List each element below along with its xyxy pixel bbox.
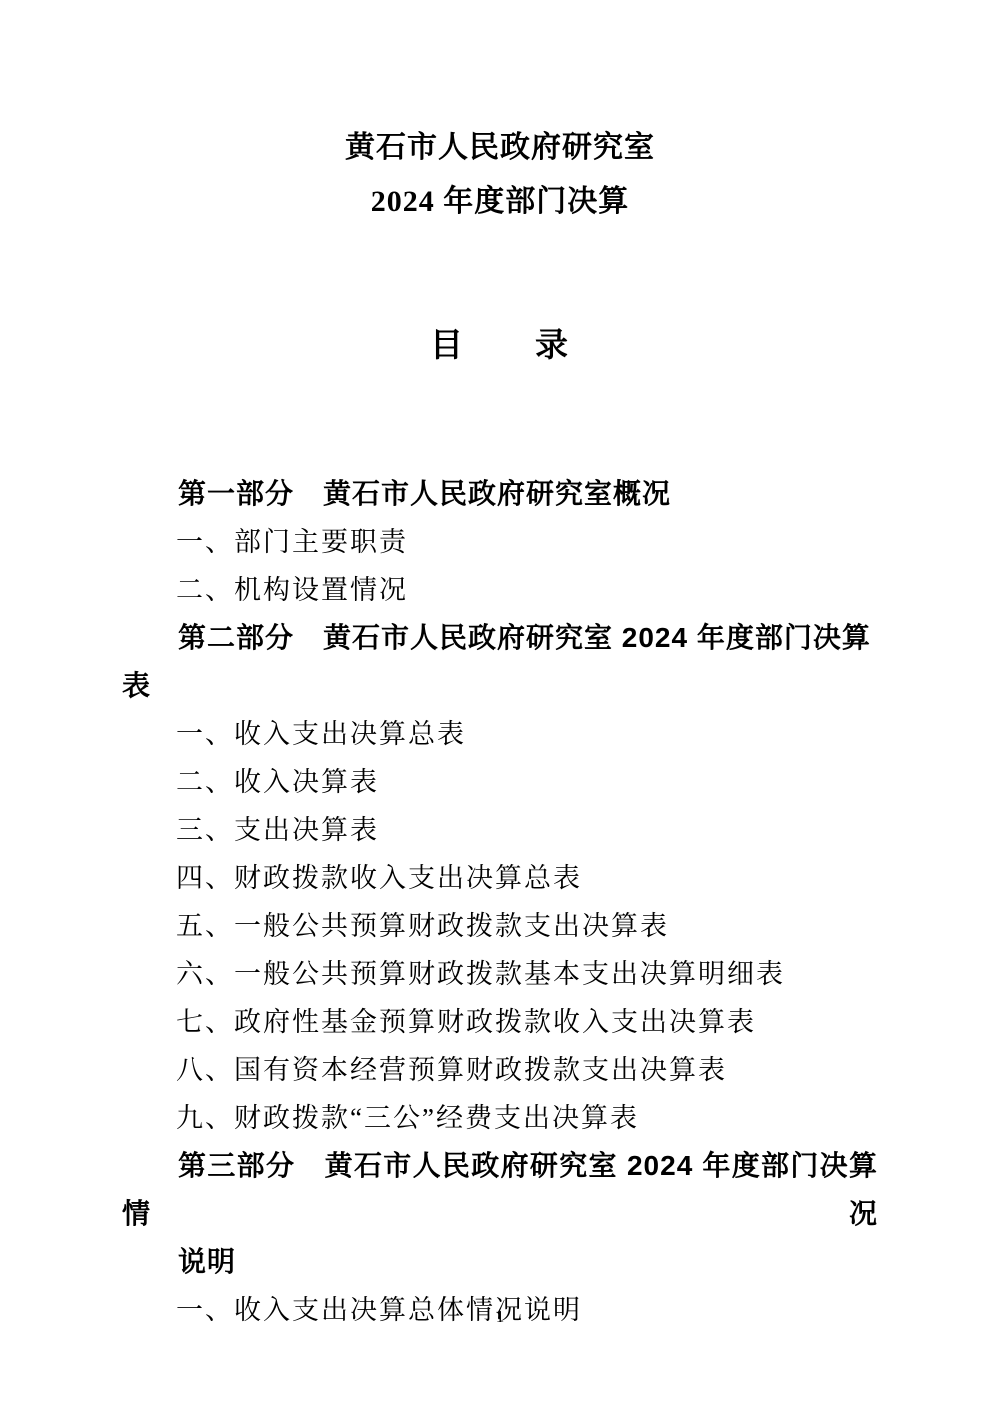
toc-title: 目 录 — [0, 322, 1000, 370]
page-number: 1 — [0, 1302, 1000, 1332]
toc-item: 三、支出决算表 — [122, 806, 878, 854]
toc-section-2-heading: 第二部分 黄石市人民政府研究室 2024 年度部门决算表 — [122, 614, 878, 710]
toc-item: 二、机构设置情况 — [122, 566, 878, 614]
document-title-line2: 2024 年度部门决算 — [0, 175, 1000, 229]
document-title-block: 黄石市人民政府研究室 2024 年度部门决算 — [0, 121, 1000, 229]
toc-section-3-heading-line1: 第三部分 黄石市人民政府研究室 2024 年度部门决算情况 — [122, 1142, 878, 1238]
toc-item: 二、收入决算表 — [122, 758, 878, 806]
toc-item: 七、政府性基金预算财政拨款收入支出决算表 — [122, 998, 878, 1046]
document-title-line1: 黄石市人民政府研究室 — [0, 121, 1000, 175]
toc-item: 五、一般公共预算财政拨款支出决算表 — [122, 902, 878, 950]
toc-section-3-heading-line2: 说明 — [122, 1238, 878, 1286]
toc-item: 九、财政拨款“三公”经费支出决算表 — [122, 1094, 878, 1142]
table-of-contents: 第一部分 黄石市人民政府研究室概况 一、部门主要职责 二、机构设置情况 第二部分… — [122, 470, 878, 1334]
toc-item: 四、财政拨款收入支出决算总表 — [122, 854, 878, 902]
toc-item: 八、国有资本经营预算财政拨款支出决算表 — [122, 1046, 878, 1094]
document-page: 黄石市人民政府研究室 2024 年度部门决算 目 录 第一部分 黄石市人民政府研… — [0, 0, 1000, 1414]
toc-item: 一、部门主要职责 — [122, 518, 878, 566]
toc-section-1-heading: 第一部分 黄石市人民政府研究室概况 — [122, 470, 878, 518]
toc-item: 六、一般公共预算财政拨款基本支出决算明细表 — [122, 950, 878, 998]
toc-item: 一、收入支出决算总表 — [122, 710, 878, 758]
